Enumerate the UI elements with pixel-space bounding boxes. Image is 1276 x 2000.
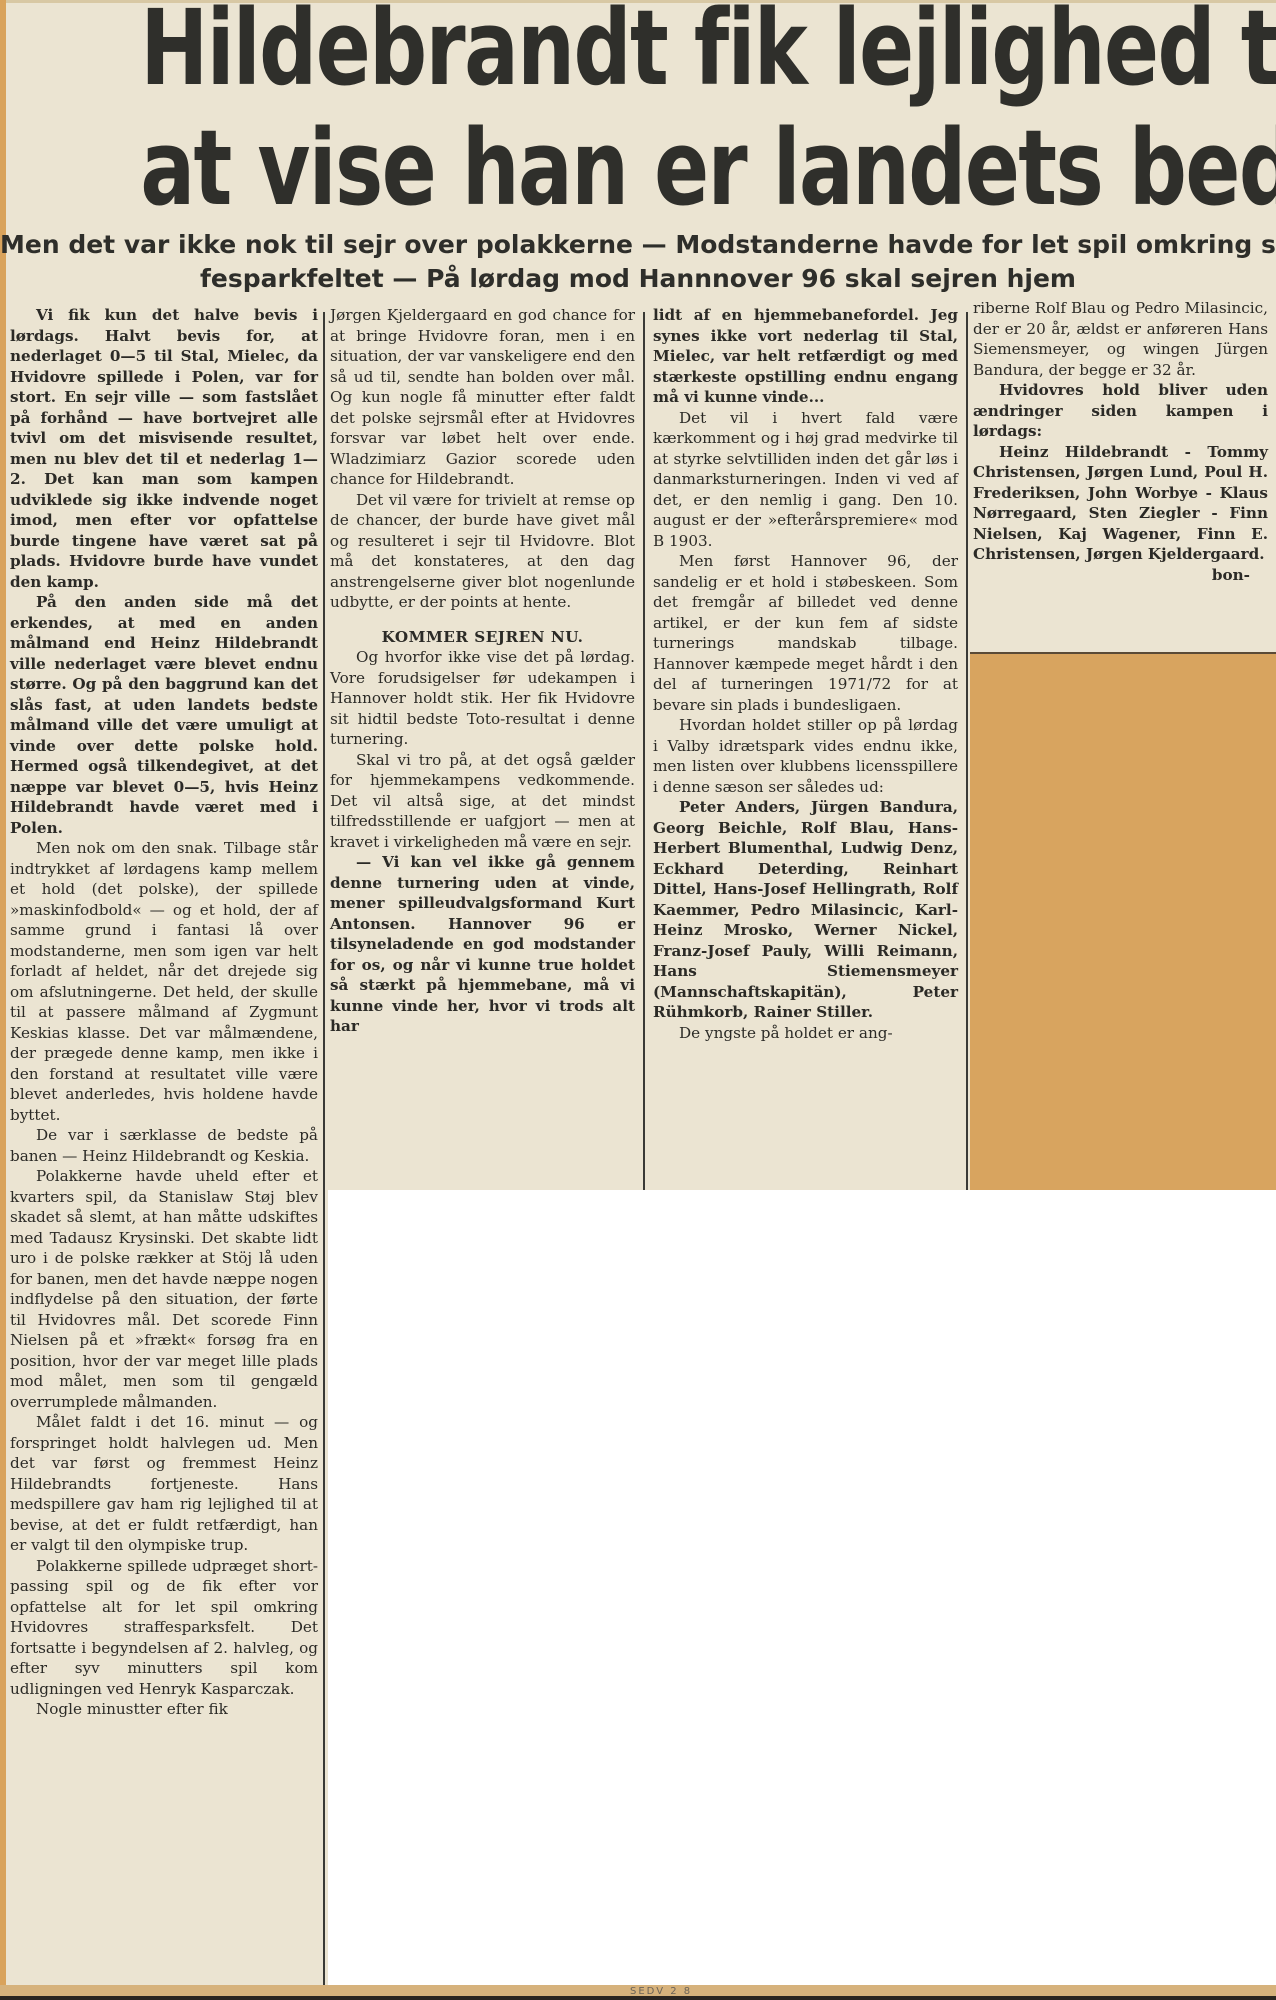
article-column-1: Vi fik kun det halve bevis i lørdags. Ha… (10, 305, 318, 1720)
article-column-3: lidt af en hjemmebanefordel. Jeg synes i… (653, 305, 958, 1043)
blank-scan-area (328, 1190, 1276, 1985)
article-paragraph: Det vil være for trivielt at remse op de… (330, 490, 635, 613)
article-paragraph: Heinz Hildebrandt - Tommy Christensen, J… (973, 442, 1268, 565)
article-paragraph: Og hvorfor ikke vise det på lørdag. Vore… (330, 647, 635, 750)
article-column-2: Jørgen Kjeldergaard en god chance for at… (330, 305, 635, 1037)
column-rule (966, 312, 968, 1192)
subheadline-line-1: Men det var ikke nok til sejr over polak… (0, 228, 1276, 262)
article-paragraph: De var i særklasse de bedste på banen — … (10, 1125, 318, 1166)
article-paragraph: Hvidovres hold bliver uden ændringer sid… (973, 380, 1268, 442)
article-paragraph: Polakkerne spillede udpræget short-passi… (10, 1556, 318, 1700)
author-signature: bon- (973, 565, 1268, 586)
article-paragraph: Men først Hannover 96, der sandelig er e… (653, 551, 958, 715)
headline-line-1: Hildebrandt fik lejlighed til (140, 0, 1135, 104)
subheadline-line-2: fesparkfeltet — På lørdag mod Hannnover … (0, 262, 1276, 296)
article-paragraph: Polakkerne havde uheld efter et kvarters… (10, 1166, 318, 1412)
article-paragraph: Peter Anders, Jürgen Bandura, Georg Beic… (653, 797, 958, 1023)
article-paragraph: — Vi kan vel ikke gå gennem denne turner… (330, 852, 635, 1037)
article-paragraph: Skal vi tro på, at det også gælder for h… (330, 750, 635, 853)
clipping-left-edge (0, 0, 6, 2000)
mounting-paper-backing (970, 652, 1276, 1194)
article-paragraph: På den anden side må det erkendes, at me… (10, 592, 318, 838)
article-paragraph: lidt af en hjemmebanefordel. Jeg synes i… (653, 305, 958, 408)
newspaper-clipping: Hildebrandt fik lejlighed til at vise ha… (0, 0, 1276, 2000)
column-rule (643, 312, 645, 1192)
column-rule (323, 312, 325, 1992)
headline-line-2: at vise han er landets bedste (140, 112, 1135, 224)
article-column-4: riberne Rolf Blau og Pedro Milasincic, d… (973, 298, 1268, 585)
article-paragraph: Nogle minustter efter fik (10, 1699, 318, 1720)
article-paragraph: Målet faldt i det 16. minut — og forspri… (10, 1412, 318, 1556)
article-paragraph: Vi fik kun det halve bevis i lørdags. Ha… (10, 305, 318, 592)
scan-bottom-border (0, 1996, 1276, 2000)
article-paragraph: Hvordan holdet stiller op på lørdag i Va… (653, 715, 958, 797)
article-paragraph: Jørgen Kjeldergaard en god chance for at… (330, 305, 635, 490)
article-paragraph: Det vil i hvert fald være kærkomment og … (653, 408, 958, 552)
section-subheading: KOMMER SEJREN NU. (330, 627, 635, 648)
article-paragraph: Men nok om den snak. Tilbage står indtry… (10, 838, 318, 1125)
article-paragraph: riberne Rolf Blau og Pedro Milasincic, d… (973, 298, 1268, 380)
article-paragraph: De yngste på holdet er ang- (653, 1023, 958, 1044)
